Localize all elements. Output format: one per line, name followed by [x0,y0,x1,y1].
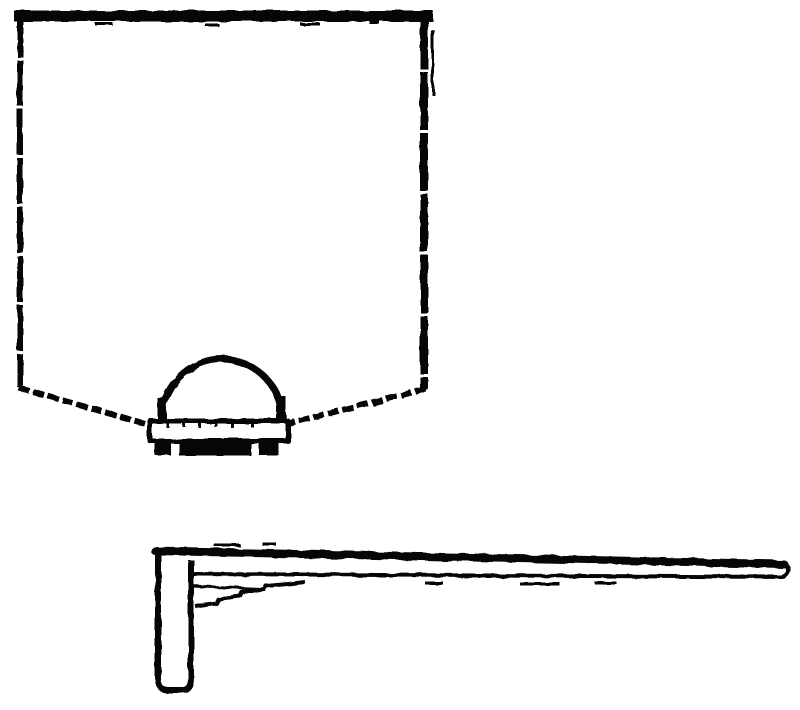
bracket-arm-side-view [155,544,789,690]
arm-rounded-tip [783,564,789,577]
gusset-mid-line [191,586,262,589]
hopper-left-slope [19,388,164,429]
hopper-right-slope [286,389,426,424]
outlet-dome-arc [161,359,283,422]
scanned-drawing-page [0,0,800,710]
outlet-base-plate [150,421,288,441]
arm-bottom-edge [190,574,783,577]
hopper-front-view [14,11,433,449]
technical-drawing-svg [0,0,800,710]
arm-top-edge [155,551,784,564]
post-outline [158,552,191,690]
